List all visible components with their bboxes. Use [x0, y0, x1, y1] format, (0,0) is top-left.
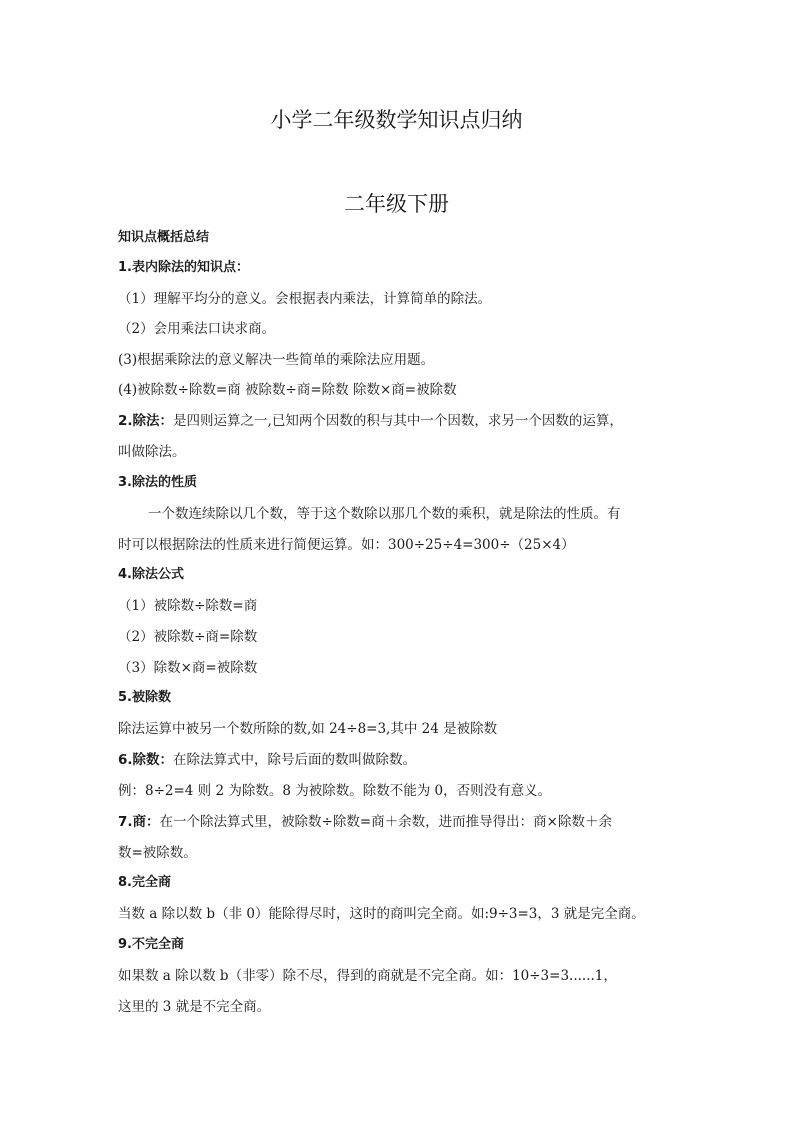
section-4-item: （1）被除数÷除数=商 — [118, 597, 678, 615]
section-5-text: 除法运算中被另一个数所除的数,如 24÷8=3,其中 24 是被除数 — [118, 720, 678, 738]
section-6-example: 例：8÷2=4 则 2 为除数。8 为被除数。除数不能为 0，否则没有意义。 — [118, 782, 678, 800]
section-9-text: 如果数 a 除以数 b（非零）除不尽，得到的商就是不完全商。如：10÷3=3..… — [118, 967, 678, 985]
section-7-text-cont: 数=被除数。 — [118, 844, 678, 862]
section-9-text-cont: 这里的 3 就是不完全商。 — [118, 998, 678, 1016]
section-1-item: (4)被除数÷除数=商 被除数÷商=除数 除数×商=被除数 — [118, 381, 678, 399]
section-1-item: （2）会用乘法口诀求商。 — [118, 320, 678, 338]
section-1-item: （1）理解平均分的意义。会根据表内乘法，计算简单的除法。 — [118, 290, 678, 308]
section-5-heading: 5.被除数 — [118, 689, 678, 707]
section-3-text-cont: 时可以根据除法的性质来进行简便运算。如：300÷25÷4=300÷（25×4） — [118, 536, 678, 554]
section-2-paragraph: 2.除法：是四则运算之一,已知两个因数的积与其中一个因数，求另一个因数的运算， — [118, 412, 678, 430]
section-1-item: (3)根据乘除法的意义解决一些简单的乘除法应用题。 — [118, 351, 678, 369]
document-page: 小学二年级数学知识点归纳 二年级下册 知识点概括总结 1.表内除法的知识点： （… — [0, 0, 793, 1122]
section-3-text: 一个数连续除以几个数，等于这个数除以那几个数的乘积，就是除法的性质。有 — [148, 505, 708, 523]
section-3-heading: 3.除法的性质 — [118, 474, 678, 492]
section-2-text: 是四则运算之一,已知两个因数的积与其中一个因数，求另一个因数的运算， — [173, 413, 623, 429]
section-4-heading: 4.除法公式 — [118, 566, 678, 584]
section-4-item: （3）除数×商=被除数 — [118, 659, 678, 677]
section-6-paragraph: 6.除数：在除法算式中，除号后面的数叫做除数。 — [118, 751, 678, 769]
section-7-paragraph: 7.商：在一个除法算式里，被除数÷除数=商＋余数，进而推导得出：商×除数＋余 — [118, 813, 678, 831]
section-4-item: （2）被除数÷商=除数 — [118, 628, 678, 646]
section-6-text: 在除法算式中，除号后面的数叫做除数。 — [173, 752, 416, 768]
section-9-heading: 9.不完全商 — [118, 936, 678, 954]
section-2-term: 2.除法： — [118, 413, 173, 429]
section-6-term: 6.除数： — [118, 752, 173, 768]
section-8-heading: 8.完全商 — [118, 874, 678, 892]
section-7-text: 在一个除法算式里，被除数÷除数=商＋余数，进而推导得出：商×除数＋余 — [160, 814, 612, 830]
document-subtitle: 二年级下册 — [0, 188, 793, 218]
section-7-term: 7.商： — [118, 814, 160, 830]
document-title: 小学二年级数学知识点归纳 — [0, 104, 793, 134]
summary-heading: 知识点概括总结 — [118, 229, 678, 247]
section-1-heading: 1.表内除法的知识点： — [118, 259, 678, 277]
section-8-text: 当数 a 除以数 b（非 0）能除得尽时，这时的商叫完全商。如:9÷3=3，3 … — [118, 905, 678, 923]
section-2-text-cont: 叫做除法。 — [118, 443, 678, 461]
